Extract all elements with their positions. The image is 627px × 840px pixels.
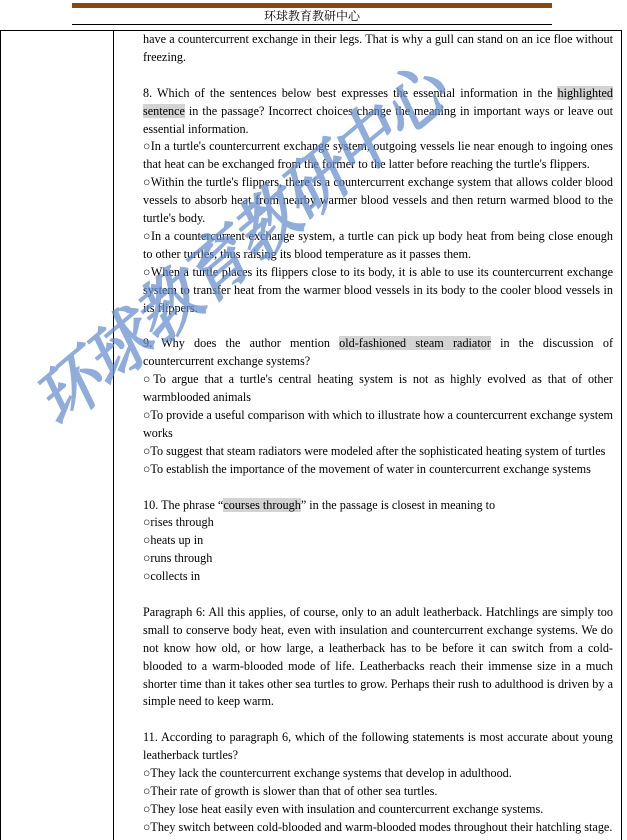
question-prompt: 9. Why does the author mention old-fashi… [143,335,613,371]
answer-option[interactable]: ○To suggest that steam radiators were mo… [143,443,613,461]
radio-circle-icon: ○ [143,229,151,243]
answer-option[interactable]: ○Within the turtle's flippers, there is … [143,174,613,228]
left-column [1,31,114,840]
question-10: 10. The phrase “courses through” in the … [143,497,613,587]
question-8: 8. Which of the sentences below best exp… [143,85,613,318]
radio-circle-icon: ○ [143,175,151,189]
question-9: 9. Why does the author mention old-fashi… [143,335,613,478]
question-prompt: 11. According to paragraph 6, which of t… [143,729,613,765]
answer-option[interactable]: ○collects in [143,568,613,586]
answer-option[interactable]: ○To argue that a turtle's central heatin… [143,371,613,407]
answer-option[interactable]: ○When a turtle places its flippers close… [143,264,613,318]
highlighted-phrase: courses through [223,498,301,512]
radio-circle-icon: ○ [143,139,151,153]
page-header-title: 环球教育教研中心 [72,8,552,24]
header-rule [72,24,552,25]
answer-option[interactable]: ○heats up in [143,532,613,550]
passage-tail: have a countercurrent exchange in their … [143,31,613,67]
answer-option[interactable]: ○rises through [143,514,613,532]
answer-option[interactable]: ○runs through [143,550,613,568]
answer-option[interactable]: ○They switch between cold-blooded and wa… [143,819,613,837]
answer-option[interactable]: ○To provide a useful comparison with whi… [143,407,613,443]
answer-option[interactable]: ○To establish the importance of the move… [143,461,613,479]
answer-option[interactable]: ○They lose heat easily even with insulat… [143,801,613,819]
question-prompt: 8. Which of the sentences below best exp… [143,85,613,139]
question-prompt: 10. The phrase “courses through” in the … [143,497,613,515]
highlighted-phrase: old-fashioned steam radiator [339,336,491,350]
answer-option[interactable]: ○In a countercurrent exchange system, a … [143,228,613,264]
radio-circle-icon: ○ [143,372,153,386]
question-11: 11. According to paragraph 6, which of t… [143,729,613,836]
answer-option[interactable]: ○Their rate of growth is slower than tha… [143,783,613,801]
answer-option[interactable]: ○They lack the countercurrent exchange s… [143,765,613,783]
radio-circle-icon: ○ [143,265,151,279]
answer-option[interactable]: ○In a turtle's countercurrent exchange s… [143,138,613,174]
paragraph-6: Paragraph 6: All this applies, of course… [143,604,613,711]
question-content: have a countercurrent exchange in their … [143,31,613,837]
